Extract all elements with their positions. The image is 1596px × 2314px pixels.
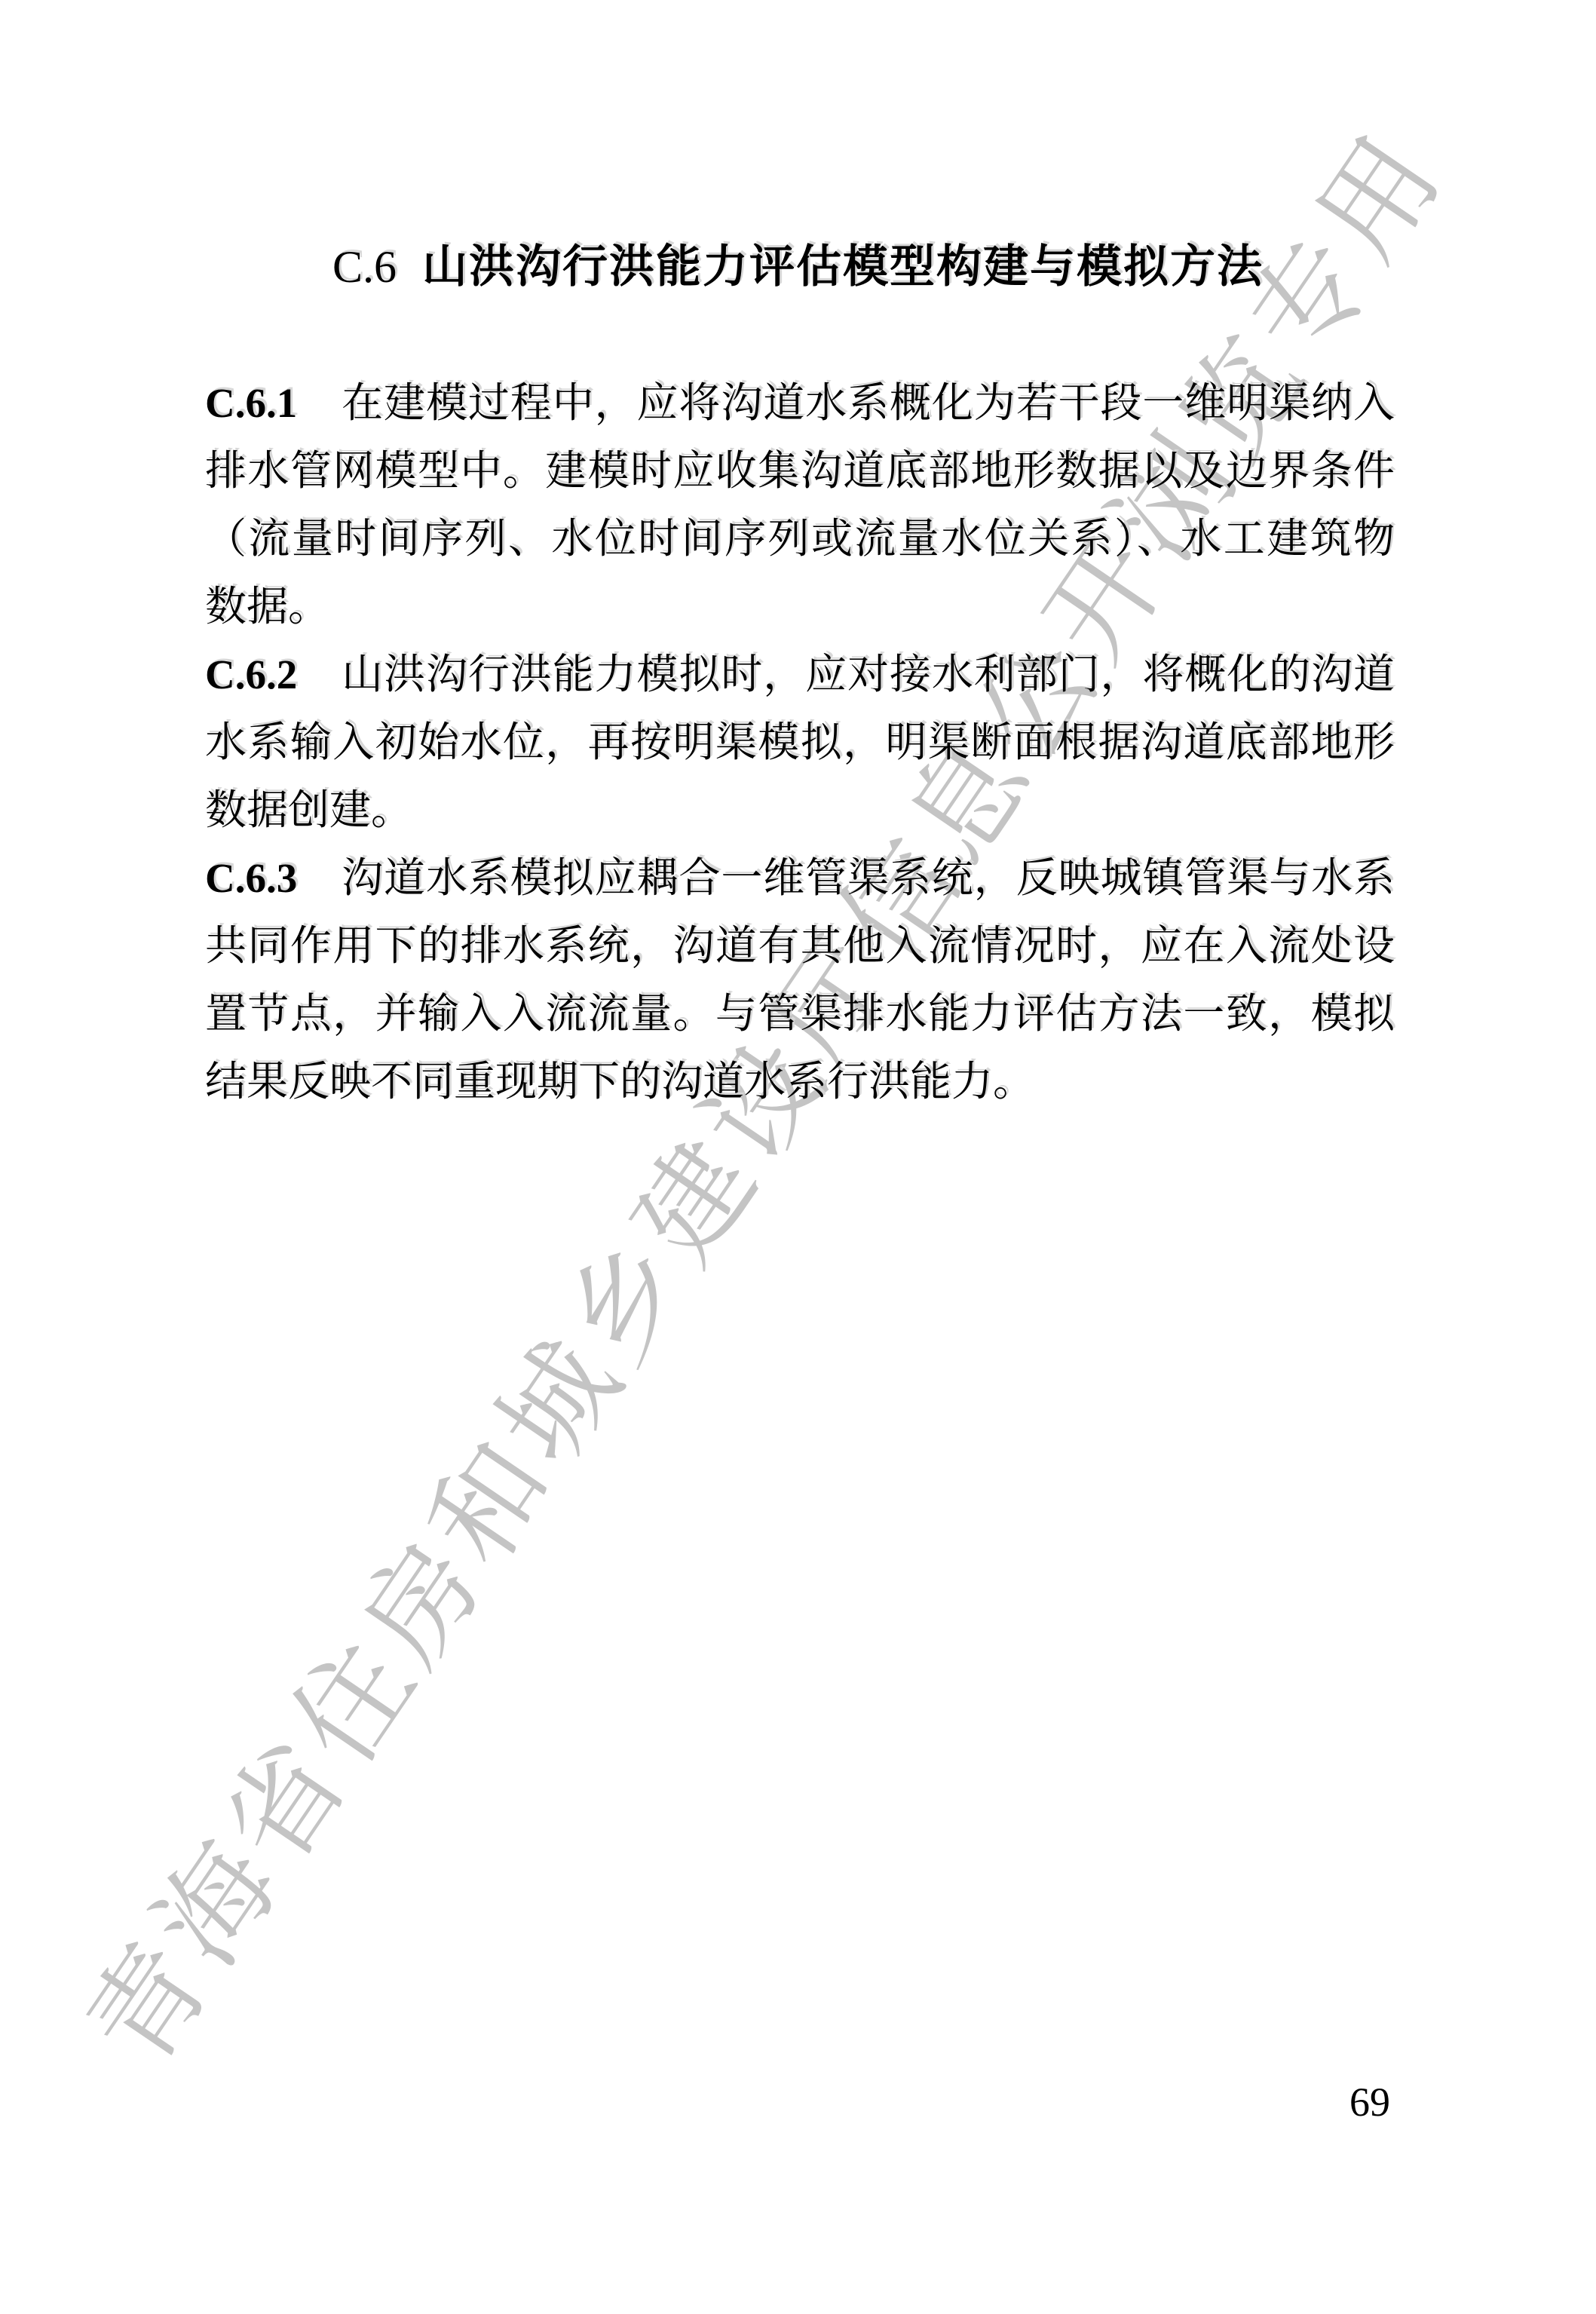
clause-c62-line-1: C.6.2山洪沟行洪能力模拟时，应对接水利部门，将概化的沟道 [205, 641, 1395, 709]
clause-c63-line-4: 结果反映不同重现期下的沟道水系行洪能力。 [205, 1048, 1395, 1116]
page-number: 69 [1349, 2080, 1390, 2125]
clause-text: 山洪沟行洪能力模拟时，应对接水利部门，将概化的沟道 [341, 651, 1395, 697]
clause-c61-line-3: （流量时间序列、水位时间序列或流量水位关系）、水工建筑物 [205, 505, 1395, 573]
clause-c63-line-2: 共同作用下的排水系统，沟道有其他入流情况时，应在入流处设 [205, 912, 1395, 980]
clause-c62-line-3: 数据创建。 [205, 777, 1395, 844]
clause-c61-line-4: 数据。 [205, 573, 1395, 641]
clause-c61-line-2: 排水管网模型中。建模时应收集沟道底部地形数据以及边界条件 [205, 437, 1395, 505]
clause-label-c61: C.6.1 [205, 380, 297, 426]
body-text: C.6.1在建模过程中，应将沟道水系概化为若干段一维明渠纳入 排水管网模型中。建… [205, 369, 1395, 1116]
document-page: 青海省住房和城乡建设厅信息公开浏览专用 C.6山洪沟行洪能力评估模型构建与模拟方… [0, 0, 1596, 2314]
clause-text: 在建模过程中，应将沟道水系概化为若干段一维明渠纳入 [341, 380, 1395, 426]
clause-label-c62: C.6.2 [205, 651, 297, 697]
clause-c62-line-2: 水系输入初始水位，再按明渠模拟，明渠断面根据沟道底部地形 [205, 709, 1395, 777]
clause-c61-line-1: C.6.1在建模过程中，应将沟道水系概化为若干段一维明渠纳入 [205, 369, 1395, 437]
clause-text: 沟道水系模拟应耦合一维管渠系统，反映城镇管渠与水系 [341, 855, 1395, 901]
section-title: C.6山洪沟行洪能力评估模型构建与模拟方法 [0, 240, 1596, 306]
section-title-text: 山洪沟行洪能力评估模型构建与模拟方法 [422, 241, 1264, 292]
clause-label-c63: C.6.3 [205, 855, 297, 901]
clause-c63-line-1: C.6.3沟道水系模拟应耦合一维管渠系统，反映城镇管渠与水系 [205, 844, 1395, 912]
section-title-number: C.6 [332, 242, 422, 292]
clause-c63-line-3: 置节点，并输入入流流量。与管渠排水能力评估方法一致，模拟 [205, 980, 1395, 1048]
